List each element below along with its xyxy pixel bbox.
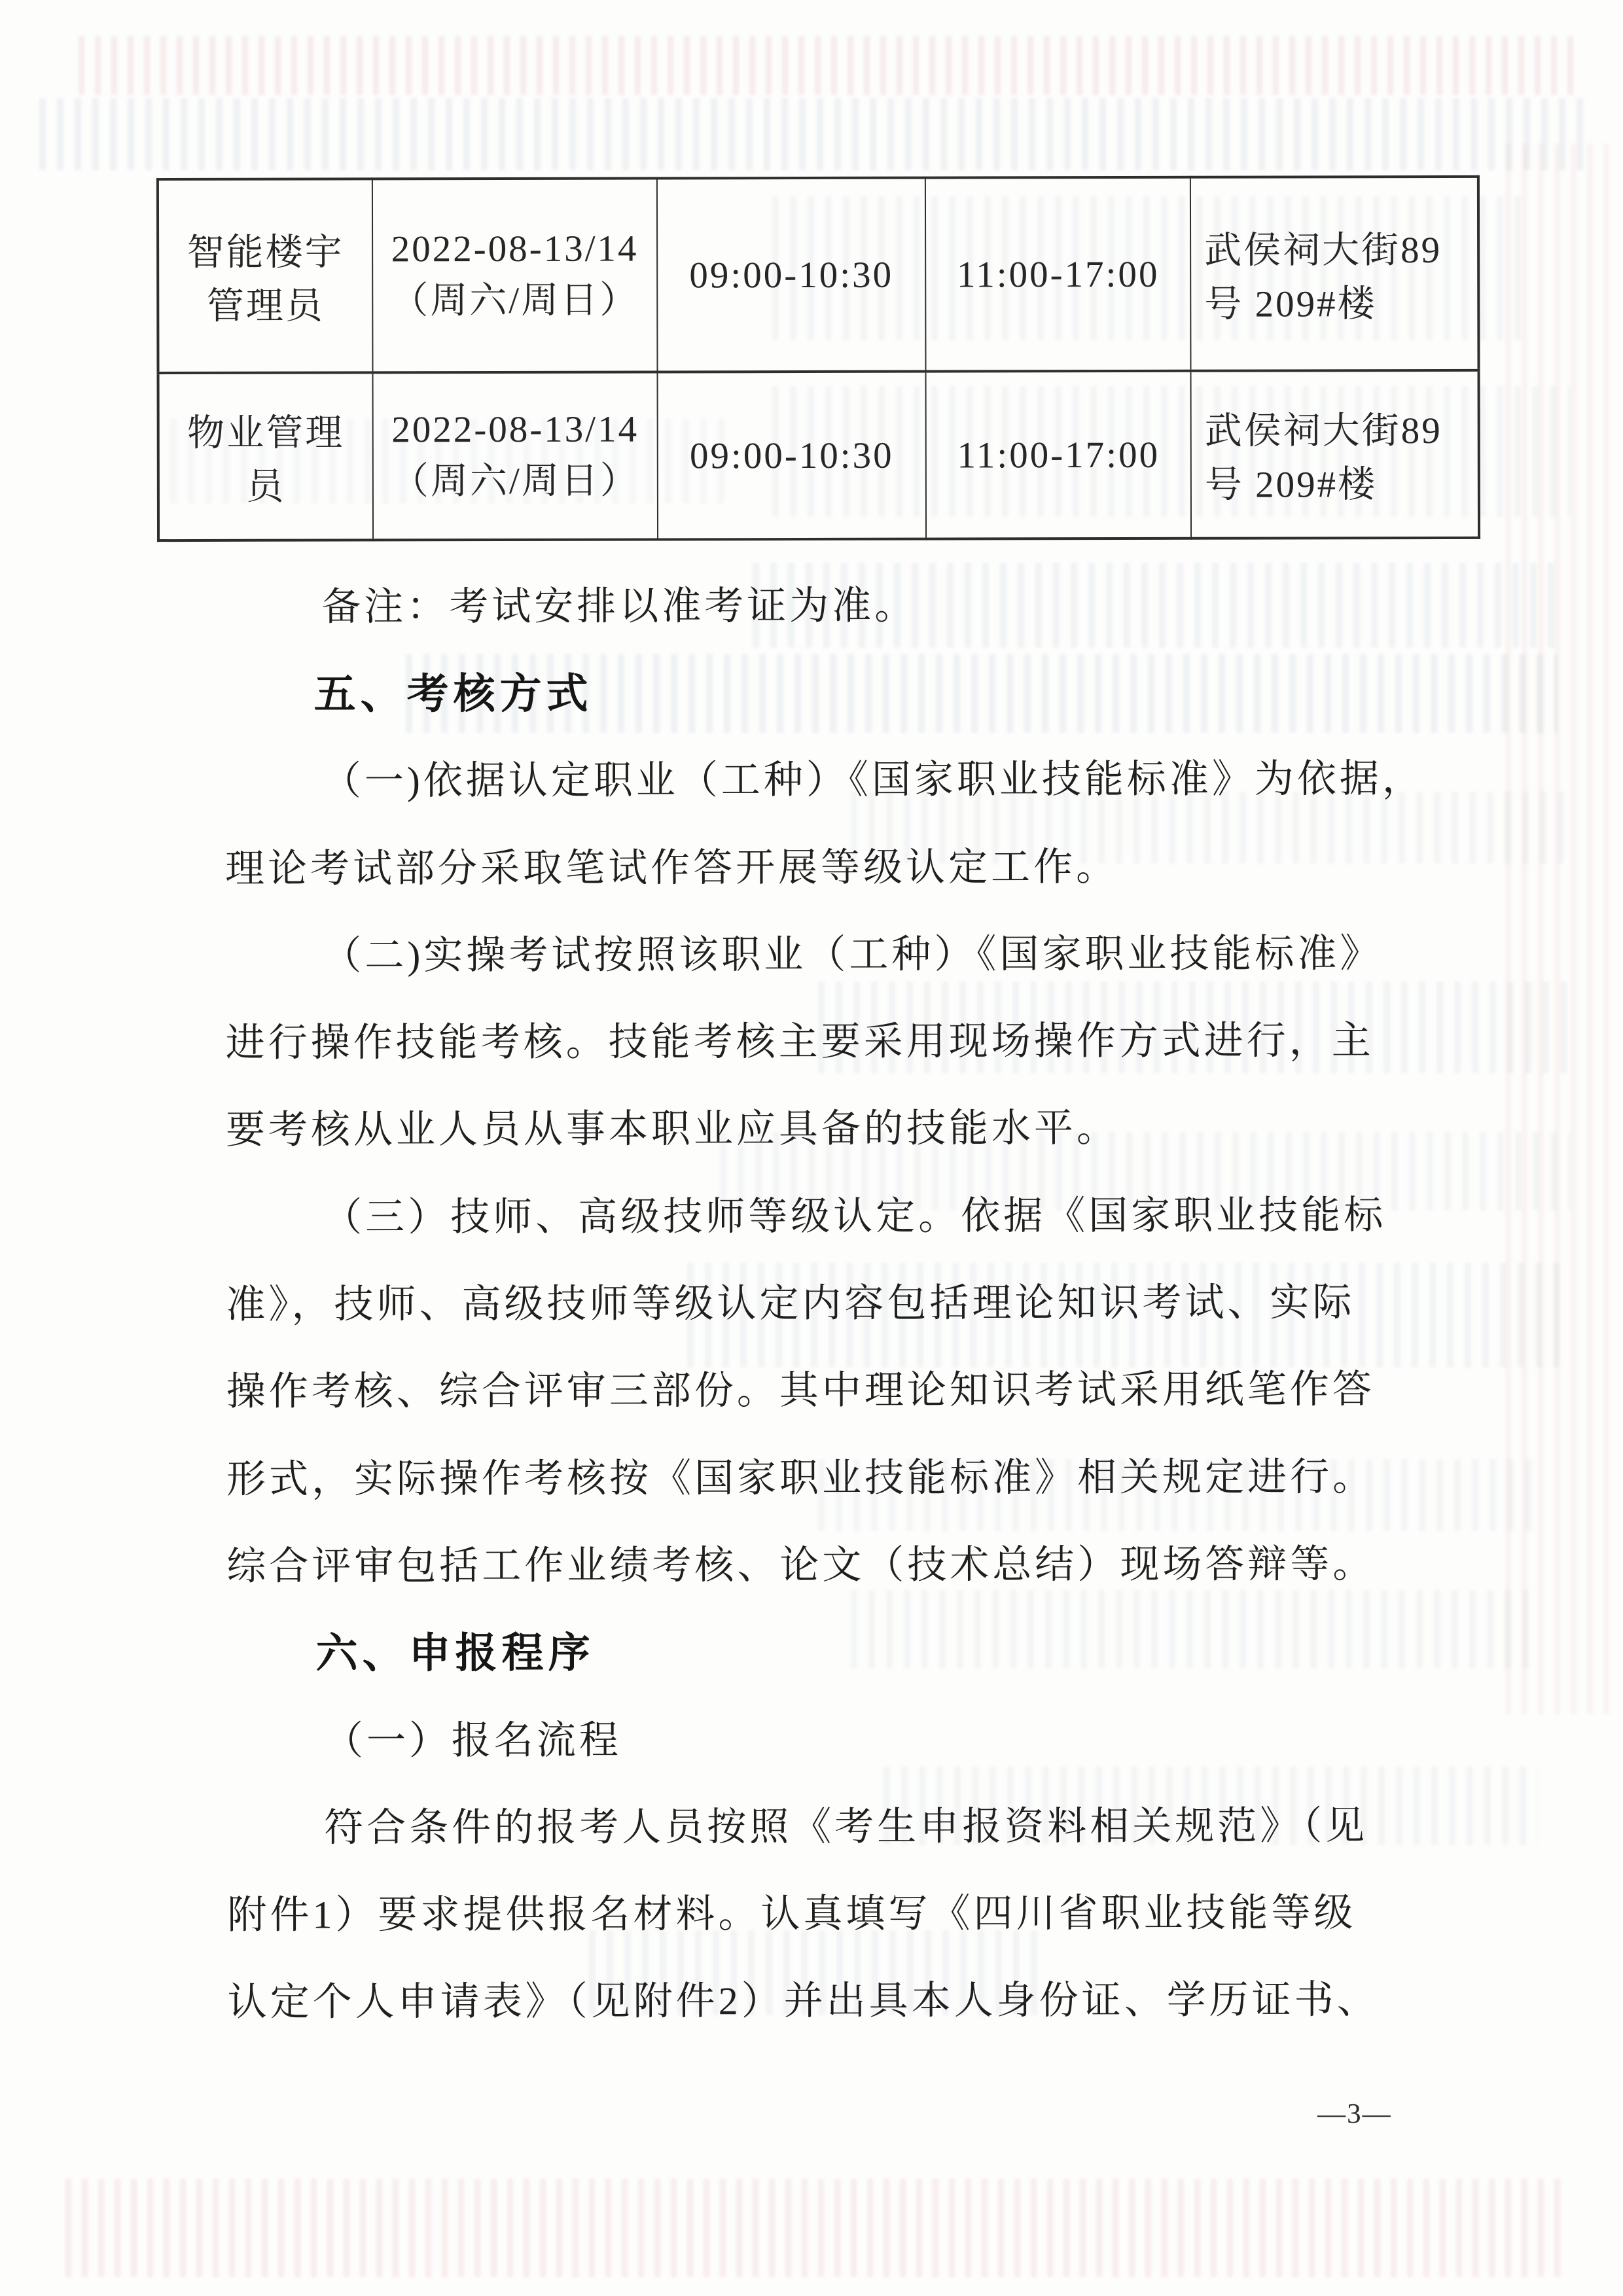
document-page: 智能楼宇 管理员 2022-08-13/14 （周六/周日） 09:00-10:… (0, 0, 1623, 2296)
cell-theory-time: 09:00-10:30 (658, 372, 927, 540)
text-line: （一)依据认定职业（工种）《国家职业技能标准》为依据， (225, 732, 1410, 822)
page-number: —3— (1317, 2098, 1392, 2130)
text-line: 符合条件的报考人员按照《考生申报资料相关规范》（见 (227, 1778, 1412, 1868)
section-5-heading: 五、考核方式 (224, 645, 1409, 734)
cell-theory-time: 09:00-10:30 (657, 178, 926, 372)
location-text: 武侯祠大街89 (1205, 400, 1442, 455)
document-content: 智能楼宇 管理员 2022-08-13/14 （周六/周日） 09:00-10:… (0, 0, 1623, 2296)
theory-time-text: 09:00-10:30 (690, 434, 894, 477)
location-text: 武侯祠大街89 (1204, 220, 1442, 274)
cell-practical-time: 11:00-17:00 (925, 177, 1191, 372)
exam-date-text: 2022-08-13/14 (391, 227, 639, 270)
practical-time-text: 11:00-17:00 (957, 433, 1160, 476)
exam-weekday-text: （周六/周日） (391, 270, 639, 324)
text-line: 准》，技师、高级技师等级认定内容包括理论知识考试、实际 (226, 1255, 1410, 1345)
occupation-text: 管理员 (207, 276, 325, 330)
cell-occupation: 物业管理 员 (158, 372, 374, 540)
theory-time-text: 09:00-10:30 (689, 253, 893, 296)
text-line: （三）技师、高级技师等级认定。依据《国家职业技能标 (226, 1168, 1410, 1258)
occupation-text: 物业管理 (187, 402, 344, 457)
cell-occupation: 智能楼宇 管理员 (158, 179, 373, 373)
cell-exam-date: 2022-08-13/14 （周六/周日） (372, 178, 658, 372)
text-line: 理论考试部分采取笔试作答开展等级认定工作。 (225, 819, 1410, 909)
text-line: 综合评审包括工作业绩考核、论文（技术总结）现场答辩等。 (226, 1517, 1411, 1606)
cell-exam-date: 2022-08-13/14 （周六/周日） (373, 372, 658, 540)
text-line: 要考核从业人员从事本职业应具备的技能水平。 (226, 1081, 1410, 1171)
cell-location: 武侯祠大街89 号 209#楼 (1190, 177, 1479, 371)
table-row-property-manager: 物业管理 员 2022-08-13/14 （周六/周日） 09:00-10:30 (158, 370, 1480, 540)
occupation-text: 员 (246, 457, 285, 510)
body-text: 备注：考试安排以准考证为准。 五、考核方式 （一)依据认定职业（工种）《国家职业… (224, 557, 1412, 2043)
table-row-intelligent-building-manager: 智能楼宇 管理员 2022-08-13/14 （周六/周日） 09:00-10:… (158, 177, 1479, 373)
subsection-heading: （一）报名流程 (227, 1691, 1412, 1781)
exam-weekday-text: （周六/周日） (391, 450, 639, 504)
text-line: 操作考核、综合评审三部份。其中理论知识考试采用纸笔作答 (226, 1343, 1411, 1432)
cell-location: 武侯祠大街89 号 209#楼 (1191, 370, 1480, 539)
location-text: 号 209#楼 (1205, 454, 1377, 508)
text-line: （二)实操考试按照该职业（工种）《国家职业技能标准》 (225, 906, 1410, 996)
location-text: 号 209#楼 (1204, 274, 1376, 328)
text-line: 进行操作技能考核。技能考核主要采用现场操作方式进行，主 (226, 994, 1410, 1084)
cell-practical-time: 11:00-17:00 (926, 371, 1192, 539)
text-line: 形式，实际操作考核按《国家职业技能标准》相关规定进行。 (226, 1430, 1411, 1519)
exam-schedule-table: 智能楼宇 管理员 2022-08-13/14 （周六/周日） 09:00-10:… (156, 175, 1480, 542)
practical-time-text: 11:00-17:00 (957, 253, 1160, 296)
section-6-heading: 六、申报程序 (226, 1604, 1411, 1694)
text-line: 认定个人申请表》（见附件2）并出具本人身份证、学历证书、 (228, 1953, 1412, 2043)
occupation-text: 智能楼宇 (187, 222, 344, 276)
text-line: 附件1）要求提供报名材料。认真填写《四川省职业技能等级 (227, 1866, 1412, 1956)
note-line: 备注：考试安排以准考证为准。 (224, 557, 1409, 647)
exam-date-text: 2022-08-13/14 (391, 408, 639, 451)
